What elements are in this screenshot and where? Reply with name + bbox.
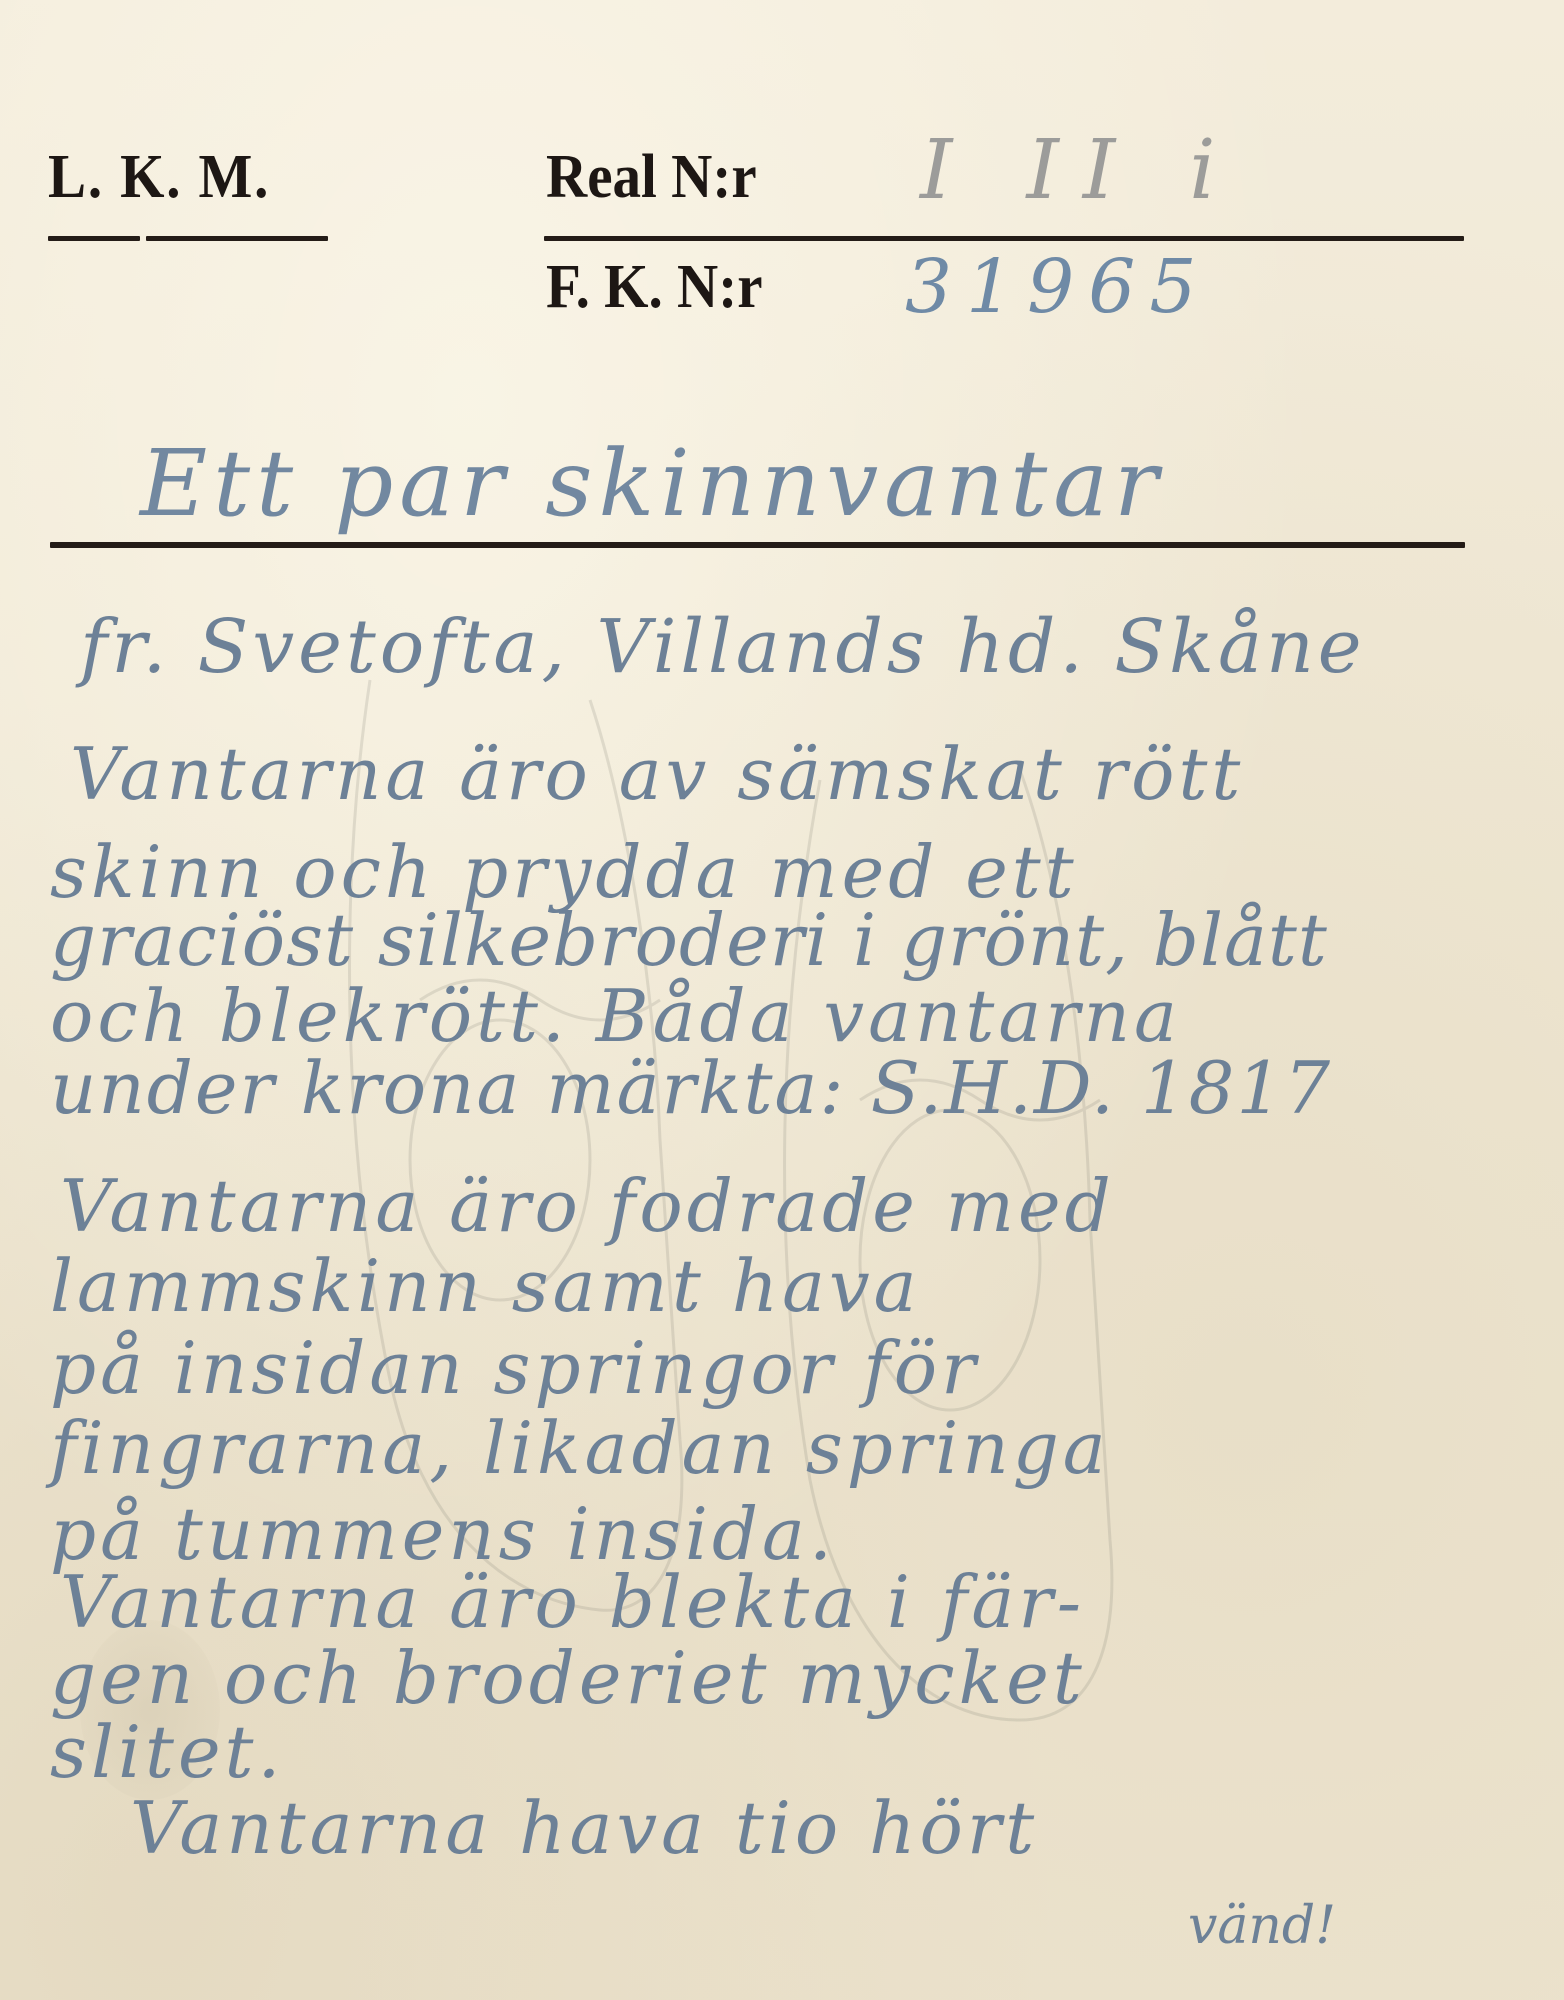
object-title: Ett par skinnvantar — [140, 438, 1164, 530]
description-line: graciöst silkebroderi i grönt, blått — [50, 904, 1328, 976]
description-line: Vantarna äro fodrade med — [60, 1170, 1115, 1242]
description-line: på insidan springor för — [50, 1332, 980, 1404]
real-number-label: Real N:r — [546, 146, 757, 208]
description-line: under krona märkta: S.H.D. 1817 — [50, 1052, 1332, 1124]
description-line: Vantarna hava tio hört — [130, 1792, 1038, 1864]
description-line: slitet. — [50, 1716, 284, 1788]
description-line: gen och broderiet mycket — [50, 1642, 1086, 1714]
real-number-value: I II i — [920, 130, 1240, 212]
fk-number-label: F. K. N:r — [546, 256, 763, 318]
header-rule — [544, 236, 1464, 241]
description-line: Vantarna äro blekta i fär- — [60, 1566, 1085, 1638]
description-line: Vantarna äro av sämskat rött — [70, 738, 1244, 810]
institution-underline-right — [146, 236, 328, 241]
institution-underline-left — [48, 236, 140, 241]
provenance-line: fr. Svetofta, Villands hd. Skåne — [80, 610, 1366, 684]
description-line: fingrarna, likadan springa — [50, 1412, 1110, 1484]
description-line: lammskinn samt hava — [50, 1250, 921, 1322]
turn-over-note: vänd! — [1188, 1900, 1336, 1952]
institution-label: L. K. M. — [48, 146, 270, 208]
title-rule — [50, 542, 1465, 548]
fk-number-value: 31965 — [905, 250, 1210, 324]
description-line: och blekrött. Båda vantarna — [50, 980, 1181, 1052]
